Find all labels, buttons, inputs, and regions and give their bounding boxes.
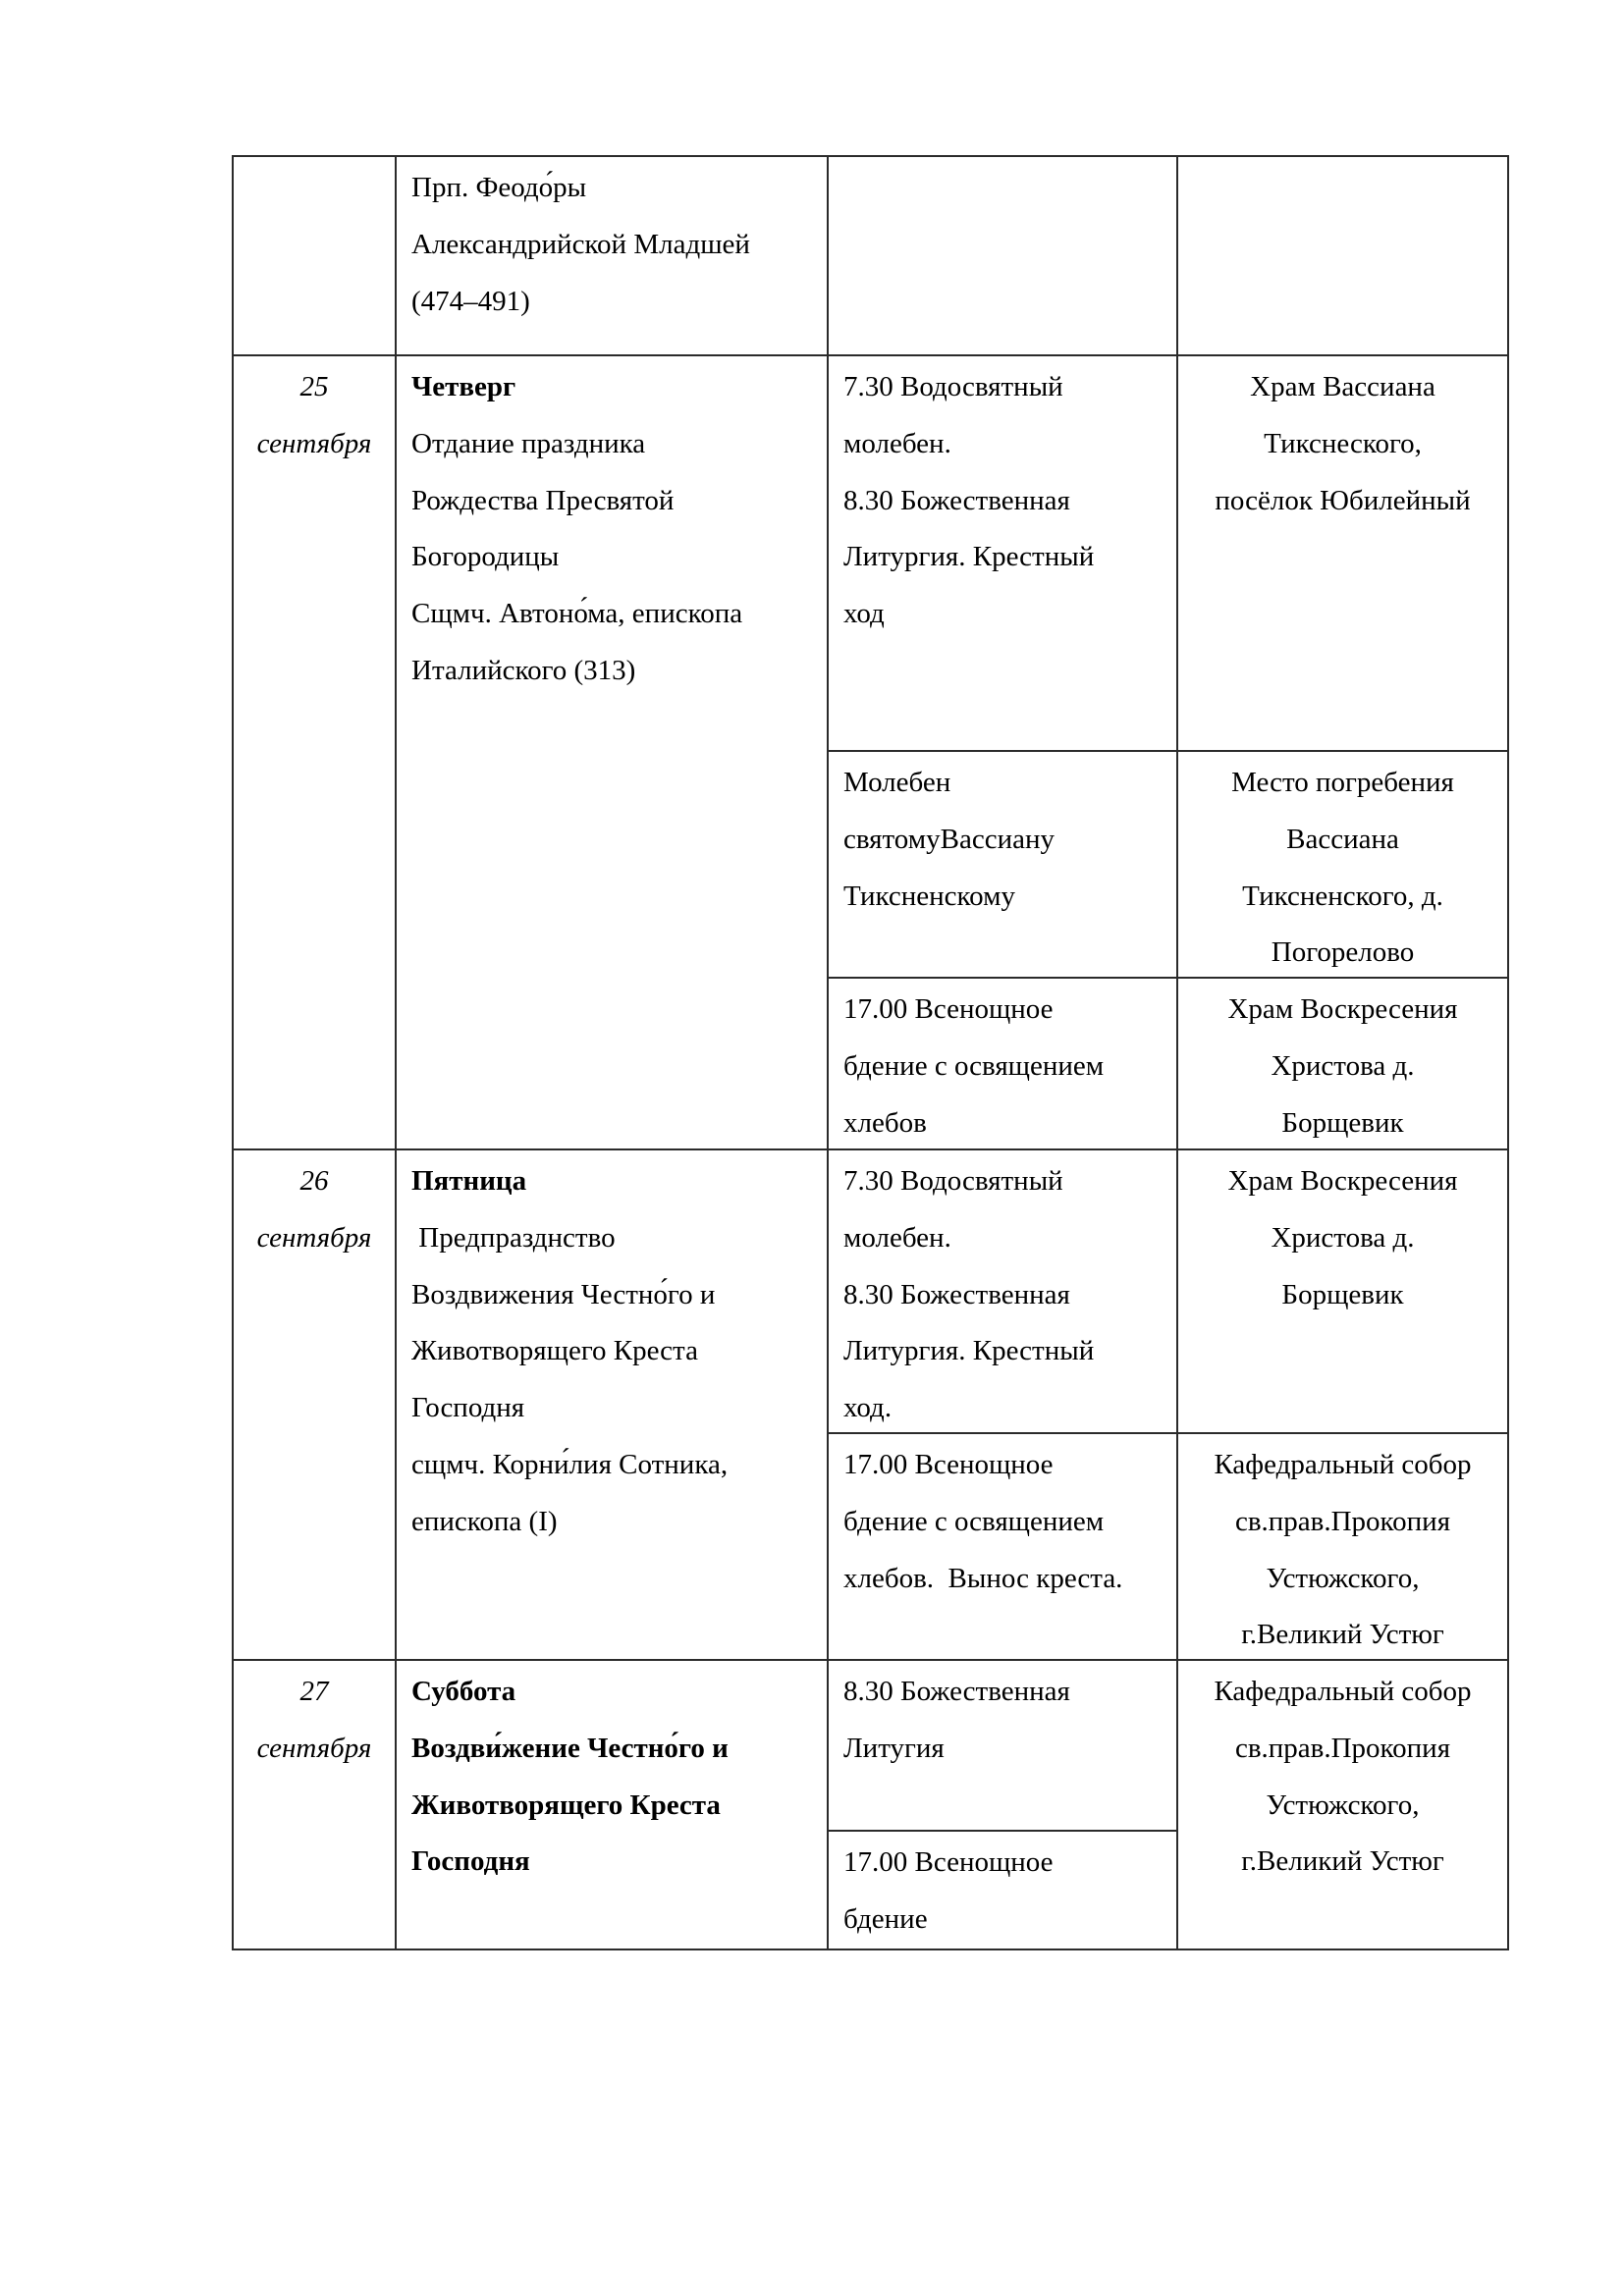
feast-line: Богородицы	[411, 529, 819, 586]
feast-line: епископа (I)	[411, 1494, 819, 1551]
feast-line: Александрийской Младшей	[411, 217, 819, 274]
feast-line: Отдание праздника	[411, 416, 819, 473]
feast-line: Сщмч. Автоно́ма, епископа	[411, 586, 819, 643]
location-cell: Храм ВоскресенияХристова д.Борщевик	[1176, 1148, 1509, 1434]
date-cell: 25сентября	[232, 354, 397, 1150]
service-line: хлебов	[843, 1095, 1168, 1152]
feast-line: Господня	[411, 1834, 819, 1891]
location-cell: Храм ВассианаТикснеского,посёлок Юбилейн…	[1176, 354, 1509, 752]
service-cell: 7.30 Водосвятныймолебен.8.30 Божественна…	[827, 1148, 1178, 1434]
service-line: молебен.	[843, 1210, 1168, 1267]
location-cell: Место погребенияВассианаТиксненского, д.…	[1176, 750, 1509, 979]
service-line: бдение	[843, 1892, 1168, 1949]
service-line: 7.30 Водосвятный	[843, 1153, 1168, 1210]
location-line: Храм Воскресения	[1184, 982, 1501, 1039]
location-cell: Кафедральный соборсв.прав.ПрокопияУстюжс…	[1176, 1659, 1509, 1950]
service-line: ход.	[843, 1380, 1168, 1437]
location-line: Кафедральный собор	[1184, 1664, 1501, 1721]
date-month: сентября	[240, 1210, 389, 1267]
location-line: Кафедральный собор	[1184, 1437, 1501, 1494]
location-line: г.Великий Устюг	[1184, 1607, 1501, 1664]
date-cell: 26сентября	[232, 1148, 397, 1661]
service-line: 17.00 Всенощное	[843, 1835, 1168, 1892]
location-line: Тиксненского, д.	[1184, 869, 1501, 926]
service-cell: 8.30 БожественнаяЛитугия	[827, 1659, 1178, 1832]
service-line: 17.00 Всенощное	[843, 982, 1168, 1039]
service-line: Литургия. Крестный	[843, 529, 1168, 586]
location-line: Христова д.	[1184, 1210, 1501, 1267]
feast-line: Воздви́жение Честно́го и	[411, 1721, 819, 1778]
service-line: 8.30 Божественная	[843, 1664, 1168, 1721]
feast-line: Животворящего Креста	[411, 1778, 819, 1835]
location-line: г.Великий Устюг	[1184, 1834, 1501, 1891]
service-line: Тиксненскому	[843, 869, 1168, 926]
service-line: Литургия. Крестный	[843, 1323, 1168, 1380]
service-line: бдение с освящением	[843, 1494, 1168, 1551]
feast-line: Воздвижения Честно́го и	[411, 1267, 819, 1324]
feast-cell: ЧетвергОтдание праздникаРождества Пресвя…	[395, 354, 829, 1150]
date-day: 27	[240, 1664, 389, 1721]
service-line: молебен.	[843, 416, 1168, 473]
service-cell: 7.30 Водосвятныймолебен.8.30 Божественна…	[827, 354, 1178, 752]
location-cell	[1176, 155, 1509, 356]
document-page: Прп. Феодо́рыАлександрийской Младшей(474…	[0, 0, 1624, 2296]
location-line: Устюжского,	[1184, 1778, 1501, 1835]
service-line: 8.30 Божественная	[843, 473, 1168, 530]
date-cell	[232, 155, 397, 356]
location-line: Храм Вассиана	[1184, 359, 1501, 416]
feast-line: Животворящего Креста	[411, 1323, 819, 1380]
date-month: сентября	[240, 1721, 389, 1778]
service-cell	[827, 155, 1178, 356]
service-line: Литугия	[843, 1721, 1168, 1778]
service-line: ход	[843, 586, 1168, 643]
feast-line: Пятница	[411, 1153, 819, 1210]
date-day: 26	[240, 1153, 389, 1210]
service-cell: 17.00 Всенощноебдение с освящениемхлебов	[827, 977, 1178, 1150]
date-month: сентября	[240, 416, 389, 473]
location-cell: Кафедральный соборсв.прав.ПрокопияУстюжс…	[1176, 1432, 1509, 1661]
feast-line: Суббота	[411, 1664, 819, 1721]
date-cell: 27сентября	[232, 1659, 397, 1950]
location-line: Храм Воскресения	[1184, 1153, 1501, 1210]
location-line: Вассиана	[1184, 812, 1501, 869]
location-line: Погорелово	[1184, 925, 1501, 982]
location-line: посёлок Юбилейный	[1184, 473, 1501, 530]
feast-line: Господня	[411, 1380, 819, 1437]
feast-line: Прп. Феодо́ры	[411, 160, 819, 217]
service-line: 8.30 Божественная	[843, 1267, 1168, 1324]
location-line: св.прав.Прокопия	[1184, 1494, 1501, 1551]
feast-cell: Пятница ПредпразднствоВоздвижения Честно…	[395, 1148, 829, 1661]
service-cell: МолебенсвятомуВассиануТиксненскому	[827, 750, 1178, 979]
feast-line: Рождества Пресвятой	[411, 473, 819, 530]
location-line: Место погребения	[1184, 755, 1501, 812]
feast-line: сщмч. Корни́лия Сотника,	[411, 1437, 819, 1494]
location-line: Устюжского,	[1184, 1551, 1501, 1608]
date-day: 25	[240, 359, 389, 416]
location-cell: Храм ВоскресенияХристова д.Борщевик	[1176, 977, 1509, 1150]
feast-cell: СубботаВоздви́жение Честно́го иЖивотворя…	[395, 1659, 829, 1950]
feast-line: (474–491)	[411, 274, 819, 331]
service-line: Молебен	[843, 755, 1168, 812]
location-line: св.прав.Прокопия	[1184, 1721, 1501, 1778]
service-line: бдение с освящением	[843, 1039, 1168, 1095]
location-line: Борщевик	[1184, 1267, 1501, 1324]
feast-line: Четверг	[411, 359, 819, 416]
service-cell: 17.00 Всенощноебдение	[827, 1830, 1178, 1950]
location-line: Христова д.	[1184, 1039, 1501, 1095]
location-line: Борщевик	[1184, 1095, 1501, 1152]
service-line: хлебов. Вынос креста.	[843, 1551, 1168, 1608]
feast-line: Предпразднство	[411, 1210, 819, 1267]
feast-cell: Прп. Феодо́рыАлександрийской Младшей(474…	[395, 155, 829, 356]
service-line: святомуВассиану	[843, 812, 1168, 869]
service-line: 7.30 Водосвятный	[843, 359, 1168, 416]
feast-line: Италийского (313)	[411, 643, 819, 700]
location-line: Тикснеского,	[1184, 416, 1501, 473]
service-cell: 17.00 Всенощноебдение с освящениемхлебов…	[827, 1432, 1178, 1661]
service-line: 17.00 Всенощное	[843, 1437, 1168, 1494]
